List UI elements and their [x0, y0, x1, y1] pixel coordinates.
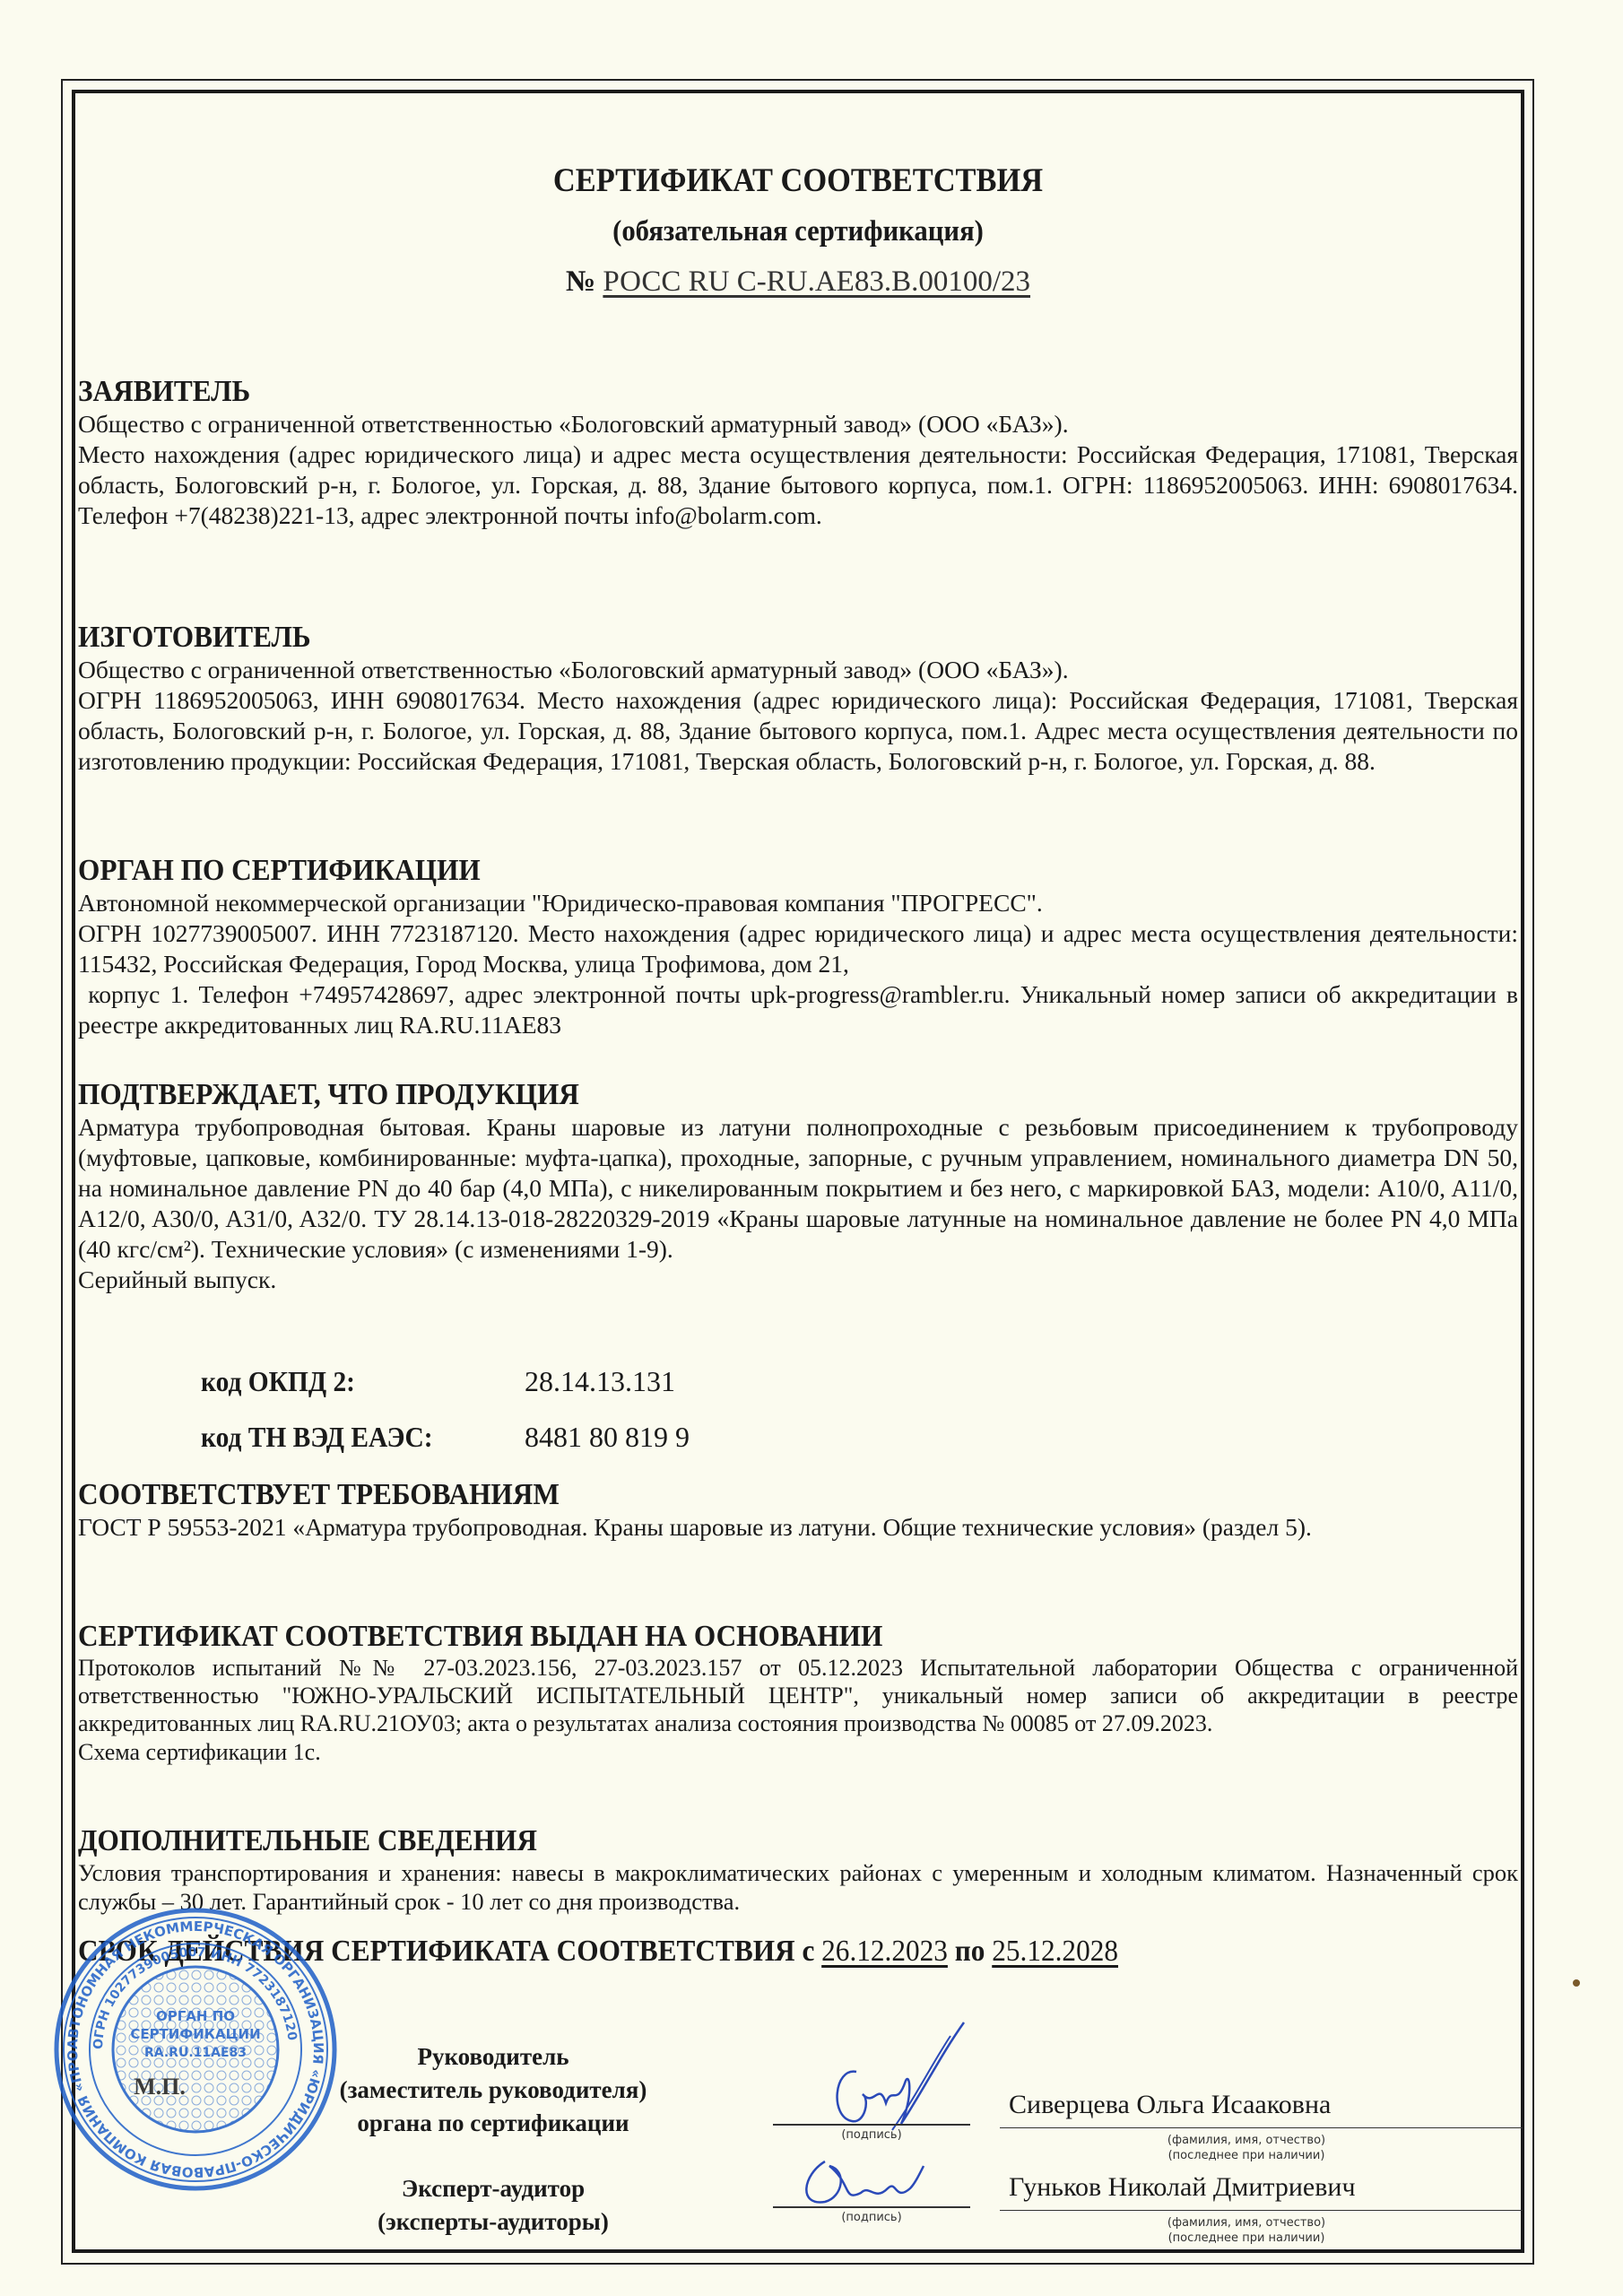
section-heading: СООТВЕТСТВУЕТ ТРЕБОВАНИЯМ: [78, 1478, 1403, 1512]
certification-body-stamp: АВТОНОМНАЯ НЕКОММЕРЧЕСКАЯ ОРГАНИЗАЦИЯ «Ю…: [52, 1906, 339, 2193]
validity-from-word: с: [802, 1935, 814, 1968]
stamp-center-1: ОРГАН ПО: [156, 2008, 235, 2024]
section-heading: СЕРТИФИКАТ СООТВЕТСТВИЯ ВЫДАН НА ОСНОВАН…: [78, 1620, 1403, 1654]
certification-scheme: Схема сертификации 1с.: [78, 1737, 1518, 1767]
cert-body-contacts: корпус 1. Телефон +74957428697, адрес эл…: [78, 979, 1518, 1040]
head-signature-caption: (подпись): [773, 2128, 970, 2142]
head-name-line: [1000, 2127, 1523, 2128]
code-label: код ТН ВЭД ЕАЭС:: [201, 1421, 433, 1454]
section-heading: ПОДТВЕРЖДАЕТ, ЧТО ПРОДУКЦИЯ: [78, 1078, 1403, 1112]
section-applicant: ЗАЯВИТЕЛЬ Общество с ограниченной ответс…: [78, 375, 1518, 531]
section-heading: ИЗГОТОВИТЕЛЬ: [78, 621, 1403, 655]
stamp-center-2: СЕРТИФИКАЦИИ: [130, 2026, 260, 2042]
code-value: 8481 80 819 9: [525, 1421, 690, 1454]
certificate-number: № РОСС RU C-RU.AE83.B.00100/23: [78, 265, 1518, 299]
number-sign: №: [566, 265, 595, 298]
expert-signature: [789, 2148, 968, 2211]
section-additional: ДОПОЛНИТЕЛЬНЫЕ СВЕДЕНИЯ Условия транспор…: [78, 1824, 1518, 1916]
certificate-title: СЕРТИФИКАТ СООТВЕТСТВИЯ: [128, 161, 1468, 200]
applicant-name: Общество с ограниченной ответственностью…: [78, 409, 1518, 439]
manufacturer-address: ОГРН 1186952005063, ИНН 6908017634. Мест…: [78, 685, 1518, 777]
expert-name-caption: (фамилия, имя, отчество) (последнее при …: [1121, 2215, 1372, 2246]
section-requirements: СООТВЕТСТВУЕТ ТРЕБОВАНИЯМ ГОСТ Р 59553-2…: [78, 1478, 1518, 1543]
validity-to-word: по: [955, 1935, 985, 1968]
validity-from-date: 26.12.2023: [821, 1935, 948, 1968]
stamp-center-3: RA.RU.11AE83: [144, 2046, 247, 2060]
head-signature-line: [773, 2124, 970, 2126]
manufacturer-name: Общество с ограниченной ответственностью…: [78, 655, 1518, 685]
additional-text: Условия транспортирования и хранения: на…: [78, 1858, 1518, 1916]
expert-signature-line: [773, 2206, 970, 2208]
expert-role: Эксперт-аудитор (эксперты-аудиторы): [314, 2172, 673, 2239]
section-basis: СЕРТИФИКАТ СООТВЕТСТВИЯ ВЫДАН НА ОСНОВАН…: [78, 1620, 1518, 1767]
code-value: 28.14.13.131: [525, 1365, 675, 1398]
section-heading: ДОПОЛНИТЕЛЬНЫЕ СВЕДЕНИЯ: [78, 1824, 1403, 1858]
requirements-text: ГОСТ Р 59553-2021 «Арматура трубопроводн…: [78, 1512, 1518, 1543]
expert-name-line: [1000, 2210, 1523, 2211]
applicant-address: Место нахождения (адрес юридического лиц…: [78, 439, 1518, 531]
section-heading: ЗАЯВИТЕЛЬ: [78, 375, 1403, 409]
cert-body-name: Автономной некоммерческой организации "Ю…: [78, 888, 1518, 918]
expert-signature-caption: (подпись): [773, 2211, 970, 2224]
code-label: код ОКПД 2:: [201, 1365, 355, 1398]
product-description: Арматура трубопроводная бытовая. Краны ш…: [78, 1112, 1518, 1265]
paper-speck: [1573, 1979, 1580, 1987]
head-name-caption: (фамилия, имя, отчество) (последнее при …: [1121, 2133, 1372, 2163]
section-certification-body: ОРГАН ПО СЕРТИФИКАЦИИ Автономной некомме…: [78, 854, 1518, 1040]
certificate-subtitle: (обязательная сертификация): [128, 215, 1468, 248]
validity-to-date: 25.12.2028: [992, 1935, 1118, 1968]
section-product: ПОДТВЕРЖДАЕТ, ЧТО ПРОДУКЦИЯ Арматура тру…: [78, 1078, 1518, 1295]
section-heading: ОРГАН ПО СЕРТИФИКАЦИИ: [78, 854, 1403, 888]
expert-name: Гуньков Николай Дмитриевич: [1009, 2172, 1356, 2203]
head-signature: [807, 2018, 1004, 2135]
cert-body-address: ОГРН 1027739005007. ИНН 7723187120. Мест…: [78, 918, 1518, 979]
basis-text: Протоколов испытаний №№ 27-03.2023.156, …: [78, 1654, 1518, 1737]
head-name: Сиверцева Ольга Исааковна: [1009, 2090, 1331, 2120]
section-manufacturer: ИЗГОТОВИТЕЛЬ Общество с ограниченной отв…: [78, 621, 1518, 777]
stamp-mp-label: М.П.: [134, 2074, 186, 2100]
product-serial: Серийный выпуск.: [78, 1265, 1518, 1295]
head-role: Руководитель (заместитель руководителя) …: [314, 2040, 673, 2140]
number-value: РОСС RU C-RU.AE83.B.00100/23: [603, 265, 1030, 298]
